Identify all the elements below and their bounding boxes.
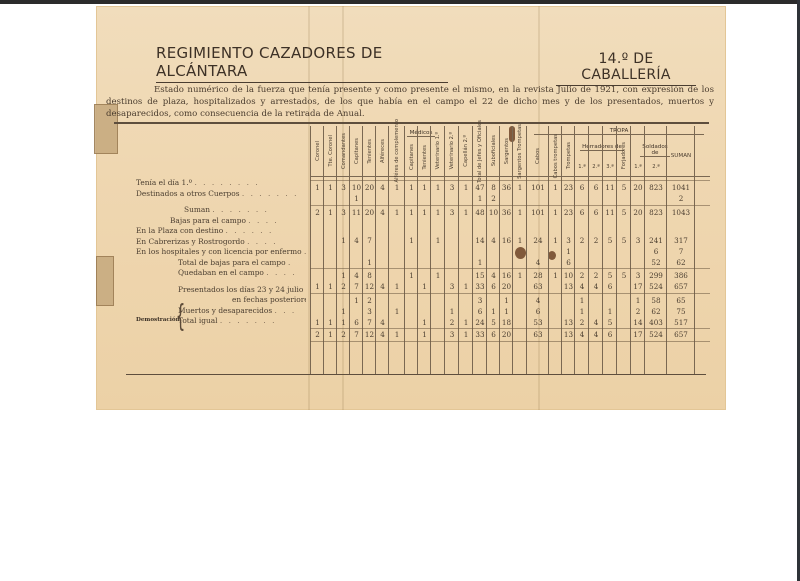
column-header-label: Suboficiales (491, 135, 497, 166)
column-header-label: 1.ª (634, 164, 641, 170)
table-cell (389, 258, 405, 268)
table-cell (589, 258, 603, 268)
table-cell: 24 (473, 318, 487, 328)
table-cell: 1 (445, 307, 459, 317)
table-column: Sargentos3636161620111820 (499, 126, 513, 374)
table-cell: 14 (631, 318, 645, 328)
table-column: Suboficiales8210446156 (486, 126, 500, 374)
table-column: Tte. Coronel11111 (323, 126, 337, 374)
table-cell (459, 247, 473, 257)
column-header: Cabos (527, 138, 549, 174)
table-column: Tenientes20207181223712 (362, 126, 376, 374)
table-column: SUMAN1041210433177623866576575517657 (666, 126, 695, 374)
table-cell: 33 (473, 330, 487, 340)
table-cell: 14 (473, 236, 487, 246)
table-cell (527, 194, 549, 204)
table-cell (603, 247, 617, 257)
table-cell: 1 (459, 183, 473, 193)
table-cell: 101 (527, 183, 549, 193)
table-cell: 299 (645, 271, 667, 281)
row-labels: Tenía el día 1.º . . . . . . . . Destina… (136, 178, 306, 327)
table-cell (389, 194, 405, 204)
column-header-label: 1.ª (578, 164, 585, 170)
row-label: En la Plaza con destino . . . . . . (136, 226, 306, 237)
column-header-label: Alféreces (380, 139, 386, 163)
table-cell (513, 247, 527, 257)
column-header-label: Capitanes (409, 144, 415, 170)
table-cell (389, 222, 405, 232)
divider (126, 374, 706, 375)
table-cell: 4 (589, 282, 603, 292)
table-cell (389, 271, 405, 281)
column-header-label: Veterinario 1.º (435, 132, 441, 169)
table-cell: 6 (603, 330, 617, 340)
table-cell: 5 (617, 208, 631, 218)
table-cell: 6 (589, 183, 603, 193)
table-cell: 2 (631, 307, 645, 317)
column-header-label: 2.ª (652, 164, 659, 170)
table-cell (431, 194, 445, 204)
table-cell: 4 (589, 318, 603, 328)
tape-patch (96, 256, 114, 306)
table-cell (527, 222, 549, 232)
table-column: Capitanes10111447167 (349, 126, 363, 374)
column-header-label: Tte. Coronel (328, 135, 334, 167)
table-cell (431, 247, 445, 257)
column-header-label: Forjadores (621, 142, 627, 169)
table-cell: 6 (473, 307, 487, 317)
table-cell (589, 307, 603, 317)
table-cell: 1 (431, 208, 445, 218)
column-header-label: Veterinario 2.º (449, 132, 455, 169)
column-header-label: Capellán 2.º (463, 135, 469, 167)
table-cell: 1 (459, 330, 473, 340)
column-header: 2.ª (589, 160, 603, 174)
row-divider (310, 268, 710, 269)
table-cell: 2 (667, 194, 695, 204)
table-cell (513, 194, 527, 204)
table-cell (459, 271, 473, 281)
table-cell (431, 258, 445, 268)
table-cell: 63 (527, 282, 549, 292)
table-cell (617, 330, 631, 340)
column-header-label: Sargentos (504, 138, 510, 164)
column-header: Veterinario 2.º (445, 128, 459, 174)
row-label: Tenía el día 1.º . . . . . . . . (136, 178, 306, 189)
column-header-label: Coronel (315, 141, 321, 161)
table-cell (431, 222, 445, 232)
table-cell: 6 (589, 208, 603, 218)
row-label: Muertos y desaparecidos . . . (136, 306, 306, 317)
table-cell (459, 222, 473, 232)
table-cell: 62 (667, 258, 695, 268)
table-cell: 63 (527, 330, 549, 340)
table-cell: 1 (389, 282, 405, 292)
column-header-label: Tenientes (422, 145, 428, 170)
table-column: Cabos trompetas1111 (548, 126, 562, 374)
table-cell (513, 258, 527, 268)
table-cell: 317 (667, 236, 695, 246)
column-header-label: Total de Jefes y Oficiales (477, 120, 483, 183)
table-cell (645, 194, 667, 204)
table-cell (513, 307, 527, 317)
table-cell: 1 (389, 208, 405, 218)
table-cell (431, 296, 445, 306)
table-cell: 3 (445, 183, 459, 193)
table-cell (603, 222, 617, 232)
table-column: 2.ª6622444 (588, 126, 603, 374)
column-header-label: 3.ª (606, 164, 613, 170)
table-cell (513, 296, 527, 306)
table-cell (575, 258, 589, 268)
table-cell: 2 (445, 318, 459, 328)
table-cell (513, 318, 527, 328)
table-cell: 1 (603, 307, 617, 317)
table-cell (431, 318, 445, 328)
table-cell (459, 194, 473, 204)
table-cell: 20 (631, 183, 645, 193)
table-cell (589, 247, 603, 257)
table-cell: 24 (527, 236, 549, 246)
table-cell: 1 (631, 296, 645, 306)
table-cell: 1 (431, 271, 445, 281)
divider (114, 122, 709, 124)
table-cell (575, 194, 589, 204)
cavalry-number-title: 14.º DE CABALLERÍA (556, 51, 696, 86)
table-column: Total de Jefes y Oficiales47148141153336… (472, 126, 487, 374)
table-cell: 6 (645, 247, 667, 257)
table-cell: 1 (513, 208, 527, 218)
table-column: Tenientes11111 (417, 126, 431, 374)
table-column: Capellán 2.º11111 (458, 126, 473, 374)
column-header: 2.ª (645, 160, 667, 174)
table-cell: 75 (667, 307, 695, 317)
table-cell: 1 (575, 296, 589, 306)
row-label: Quedaban en el campo . . . . (136, 268, 306, 279)
table-cell (459, 296, 473, 306)
table-cell: 1 (459, 208, 473, 218)
table-cell (617, 247, 631, 257)
table-cell: 2 (575, 236, 589, 246)
table-cell: 1 (575, 307, 589, 317)
table-cell (445, 247, 459, 257)
table-cell: 1 (513, 183, 527, 193)
table-right-edge (694, 126, 695, 374)
table-cell (645, 222, 667, 232)
table-cell: 5 (603, 271, 617, 281)
table-cell (575, 247, 589, 257)
table-cell: 1 (513, 271, 527, 281)
table-cell: 1 (431, 183, 445, 193)
row-label: en fechas posteriores (136, 295, 306, 306)
table-cell (617, 296, 631, 306)
table-cell: 524 (645, 282, 667, 292)
column-header: 3.ª (603, 160, 617, 174)
table-cell (617, 222, 631, 232)
table-cell (445, 271, 459, 281)
table-cell: 4 (575, 282, 589, 292)
table-cell: 1043 (667, 208, 695, 218)
table-cell: 17 (631, 282, 645, 292)
table-cell: 47 (473, 183, 487, 193)
table-column: Veterinario 2.º333123 (444, 126, 459, 374)
column-header: 1.ª (631, 160, 645, 174)
table-cell (589, 296, 603, 306)
table-cell (513, 330, 527, 340)
table-cell (589, 194, 603, 204)
table-cell: 5 (617, 183, 631, 193)
column-header-label: Capitanes (354, 138, 360, 164)
table-cell: 53 (527, 318, 549, 328)
column-header: Sargentos Trompetas (513, 128, 527, 174)
table-cell: 28 (527, 271, 549, 281)
table-cell: 58 (645, 296, 667, 306)
table-column: Forjadores5555 (616, 126, 631, 374)
row-label: En los hospitales y con licencia por enf… (136, 247, 306, 258)
table-cell: 4 (527, 296, 549, 306)
table-cell (445, 194, 459, 204)
table-cell (617, 258, 631, 268)
table-cell (445, 258, 459, 268)
table-cell (617, 318, 631, 328)
table-cell (589, 222, 603, 232)
table-cell (603, 296, 617, 306)
table-cell (431, 330, 445, 340)
table-cell: 517 (667, 318, 695, 328)
table-column: Comandantes33112112 (336, 126, 350, 374)
table-cell (631, 258, 645, 268)
column-header: Total de Jefes y Oficiales (473, 128, 487, 174)
table-column: Sargentos Trompetas1111 (512, 126, 527, 374)
table-cell: 1 (459, 282, 473, 292)
table-cell: 657 (667, 282, 695, 292)
table-cell: 3 (445, 282, 459, 292)
column-header-label: Tenientes (367, 139, 373, 164)
table-cell: 62 (645, 307, 667, 317)
table-cell: 2 (575, 318, 589, 328)
table-cell (617, 194, 631, 204)
table-column: 1.ª20203317121417 (630, 126, 645, 374)
table-cell (389, 247, 405, 257)
scanner-top-border (0, 0, 800, 4)
table-column: Capitanes1111 (404, 126, 418, 374)
table-cell: 6 (603, 282, 617, 292)
row-label: Suman . . . . . . . (136, 205, 306, 216)
regiment-title: REGIMIENTO CAZADORES DE ALCÁNTARA (156, 44, 448, 83)
table-cell (617, 282, 631, 292)
table-cell: 386 (667, 271, 695, 281)
table-column: Cabos1011012442863465363 (526, 126, 549, 374)
table-cell: 3 (473, 296, 487, 306)
row-divider (310, 341, 710, 342)
column-header: 1.ª (575, 160, 589, 174)
table-cell: 11 (603, 183, 617, 193)
table-cell: 33 (473, 282, 487, 292)
table-cell: 1 (473, 194, 487, 204)
row-label: Total de bajas para el campo . (136, 258, 306, 269)
table-cell: 11 (603, 208, 617, 218)
table-column: Veterinario 1.º1111 (430, 126, 445, 374)
row-label: En Cabrerizas y Rostrogordo . . . . (136, 237, 306, 248)
document-sheet: REGIMIENTO CAZADORES DE ALCÁNTARA 14.º D… (96, 6, 726, 410)
row-divider (310, 205, 710, 206)
table-cell: 1 (513, 236, 527, 246)
table-cell: 101 (527, 208, 549, 218)
table-cell: 65 (667, 296, 695, 306)
column-header-label: Alféres de complemento (394, 119, 400, 182)
row-label: Destinados a otros Cuerpos . . . . . . . (136, 189, 306, 200)
table-cell (445, 236, 459, 246)
table-column: Trompetas232331610131313 (561, 126, 575, 374)
table-cell: 1 (431, 236, 445, 246)
column-header: Capellán 2.º (459, 128, 473, 174)
table-column: Coronel12112 (310, 126, 324, 374)
table-column: 1.ª662241124 (574, 126, 589, 374)
table-cell (513, 282, 527, 292)
table-cell (617, 307, 631, 317)
table-cell: 6 (527, 307, 549, 317)
intro-paragraph: Estado numérico de la fuerza que tenía p… (106, 84, 714, 120)
row-divider (310, 293, 710, 294)
column-header: Forjadores (617, 138, 631, 174)
column-header-label: Trompetas (566, 142, 572, 169)
table-column: 2.ª8238232416522995245862403524 (644, 126, 667, 374)
table-cell: 3 (445, 330, 459, 340)
table-cell: 1 (389, 183, 405, 193)
table-cell (459, 236, 473, 246)
column-header-label: Sargentos Trompetas (517, 124, 523, 179)
table-cell: 5 (617, 271, 631, 281)
table-cell: 7 (667, 247, 695, 257)
table-cell (389, 236, 405, 246)
table-cell: 657 (667, 330, 695, 340)
table-cell: 1 (473, 258, 487, 268)
table-cell: 2 (589, 271, 603, 281)
table-cell (389, 318, 405, 328)
table-cell: 6 (575, 183, 589, 193)
table-cell: 1 (389, 307, 405, 317)
row-divider (310, 180, 710, 181)
column-header: SUMAN (667, 138, 695, 174)
table-column: 3.ª1111556156 (602, 126, 617, 374)
table-cell (527, 247, 549, 257)
table-cell: 3 (631, 271, 645, 281)
table-cell: 5 (603, 236, 617, 246)
table-cell: 241 (645, 236, 667, 246)
table-cell: 5 (603, 318, 617, 328)
table-cell: 48 (473, 208, 487, 218)
row-divider (310, 328, 710, 329)
column-header-label: Comandantes (341, 133, 347, 169)
column-header-label: Cabos trompetas (553, 134, 559, 178)
table-cell: 1041 (667, 183, 695, 193)
table-cell: 17 (631, 330, 645, 340)
table-cell: 2 (575, 271, 589, 281)
table-cell: 20 (631, 208, 645, 218)
brace-glyph: { (176, 302, 186, 332)
column-header: Veterinario 1.º (431, 128, 445, 174)
table-cell (575, 222, 589, 232)
table-column: Alféreces44444 (375, 126, 389, 374)
table-cell: 403 (645, 318, 667, 328)
table-cell (667, 222, 695, 232)
table-cell: 3 (445, 208, 459, 218)
table-cell (445, 222, 459, 232)
table-cell (473, 222, 487, 232)
table-cell (431, 282, 445, 292)
column-header-label: SUMAN (671, 153, 691, 159)
table-cell (459, 307, 473, 317)
table-cell: 2 (589, 236, 603, 246)
table-cell (389, 296, 405, 306)
table-cell: 4 (575, 330, 589, 340)
table-cell: 4 (527, 258, 549, 268)
table-cell (603, 258, 617, 268)
table-cell (459, 258, 473, 268)
table-cell (631, 247, 645, 257)
table-cell (631, 194, 645, 204)
column-header: Alféres de complemento (389, 128, 405, 174)
table-cell (603, 194, 617, 204)
table-cell: 823 (645, 208, 667, 218)
table-cell (431, 307, 445, 317)
row-label: Bajas para el campo . . . . (136, 216, 306, 227)
table-cell (473, 247, 487, 257)
table-cell (631, 222, 645, 232)
table-cell (513, 222, 527, 232)
table-cell: 823 (645, 183, 667, 193)
column-header-label: Cabos (535, 148, 541, 164)
row-label: Presentados los días 23 y 24 julio (136, 285, 306, 296)
table-cell: 4 (589, 330, 603, 340)
table-cell: 524 (645, 330, 667, 340)
table-cell: 6 (575, 208, 589, 218)
table-cell: 1 (389, 330, 405, 340)
table-cell: 15 (473, 271, 487, 281)
column-header-label: 2.ª (592, 164, 599, 170)
table-cell: 1 (459, 318, 473, 328)
data-table: Médicos TROPA Herradores de Soldados de … (310, 126, 710, 374)
table-cell (445, 296, 459, 306)
table-cell: 3 (631, 236, 645, 246)
table-cell: 5 (617, 236, 631, 246)
table-column: Alféres de complemento11111 (388, 126, 405, 374)
table-cell: 52 (645, 258, 667, 268)
